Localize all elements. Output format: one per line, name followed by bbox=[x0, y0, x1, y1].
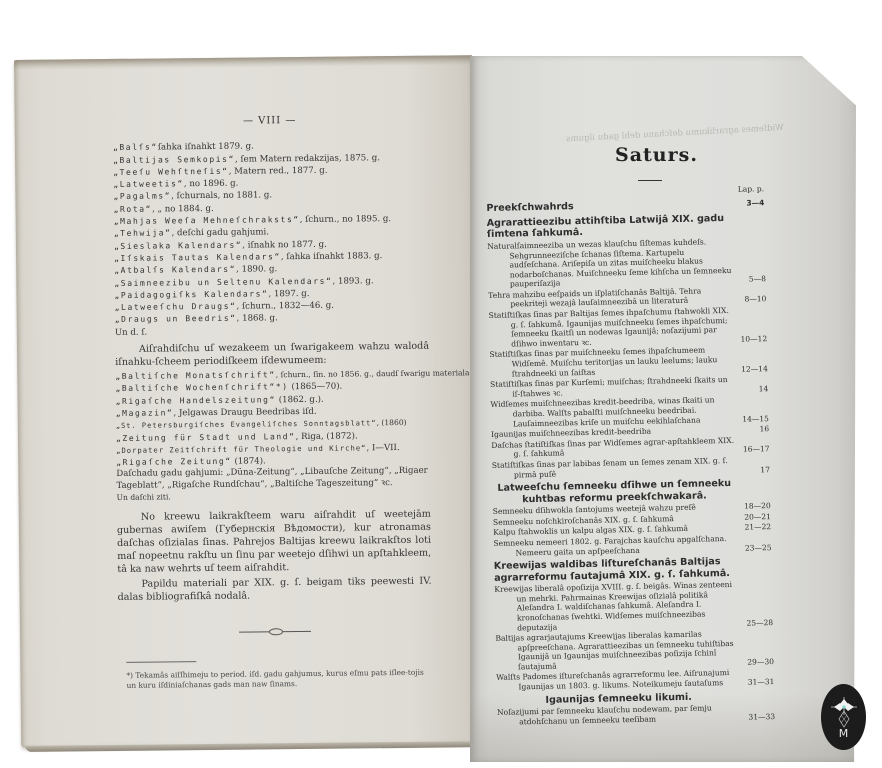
paragraph-additional-materials: Papildu materiali par XIX. g. ſ. beigam … bbox=[117, 575, 431, 604]
watermark-logo[interactable]: M bbox=[821, 684, 866, 750]
toc-entry[interactable]: Baltijas agrarjautajums Kreewijas libera… bbox=[495, 628, 774, 672]
toc-entry[interactable]: Widſemes muiſchneezibas kredit-beedriba,… bbox=[490, 395, 769, 430]
left-page: — VIII — „Balſs“ſahka iſnahkt 1879. g. „… bbox=[14, 55, 479, 748]
toc-entry[interactable]: Naturalſaimneeziba un wezas klauſchu ſiſ… bbox=[487, 236, 766, 290]
page-top-edge bbox=[14, 55, 472, 70]
etc-line: Un daſchi ziti. bbox=[117, 489, 431, 504]
toc-entry[interactable]: Statiſtiſkas ſinas par muiſchneeku ſemes… bbox=[489, 345, 768, 380]
page-number: — VIII — bbox=[113, 114, 427, 129]
left-page-content: — VIII — „Balſs“ſahka iſnahkt 1879. g. „… bbox=[113, 114, 433, 692]
footnote-rule bbox=[126, 661, 196, 663]
various-years-line: Daſchadu gadu gahjumi: „Düna-Zeitung“, „… bbox=[116, 466, 430, 492]
decorative-divider bbox=[239, 628, 311, 635]
toc-title: Saturs. bbox=[615, 144, 698, 166]
intro-paragraph: Aiſrahdiſchu uſ wezakeem un ſwarigakeem … bbox=[115, 340, 429, 369]
latvian-periodicals-list: „Balſs“ſahka iſnahkt 1879. g. „Baltijas … bbox=[113, 139, 429, 339]
page-bottom-edge bbox=[25, 741, 475, 752]
table-of-contents: Lap. p. Preekſchwahrds3—4 Agrarattieezib… bbox=[486, 184, 775, 727]
toc-entry[interactable]: Kreewijas liberalâ opoſizija XVIII. g. ſ… bbox=[494, 579, 773, 633]
paragraph-russian-press: No kreewu laikrakſteem waru aiſrahdit uſ… bbox=[117, 508, 432, 576]
right-page: Widſemes agrarlikumu deſchanu dehl gadu … bbox=[470, 56, 856, 762]
footnote: *) Tekamâs aiſſhimeju to period. iſd. ga… bbox=[118, 668, 432, 691]
german-periodicals-list: „Baltiſche Monatsſchrift“, ſchurn., ſin.… bbox=[115, 368, 430, 470]
open-book-photo: — VIII — „Balſs“ſahka iſnahkt 1879. g. „… bbox=[0, 0, 882, 768]
logo-letter: M bbox=[839, 729, 849, 739]
toc-entry[interactable]: Statiſtiſkas ſinas par Baltijas ſemes ih… bbox=[489, 305, 768, 349]
title-rule bbox=[638, 180, 662, 181]
